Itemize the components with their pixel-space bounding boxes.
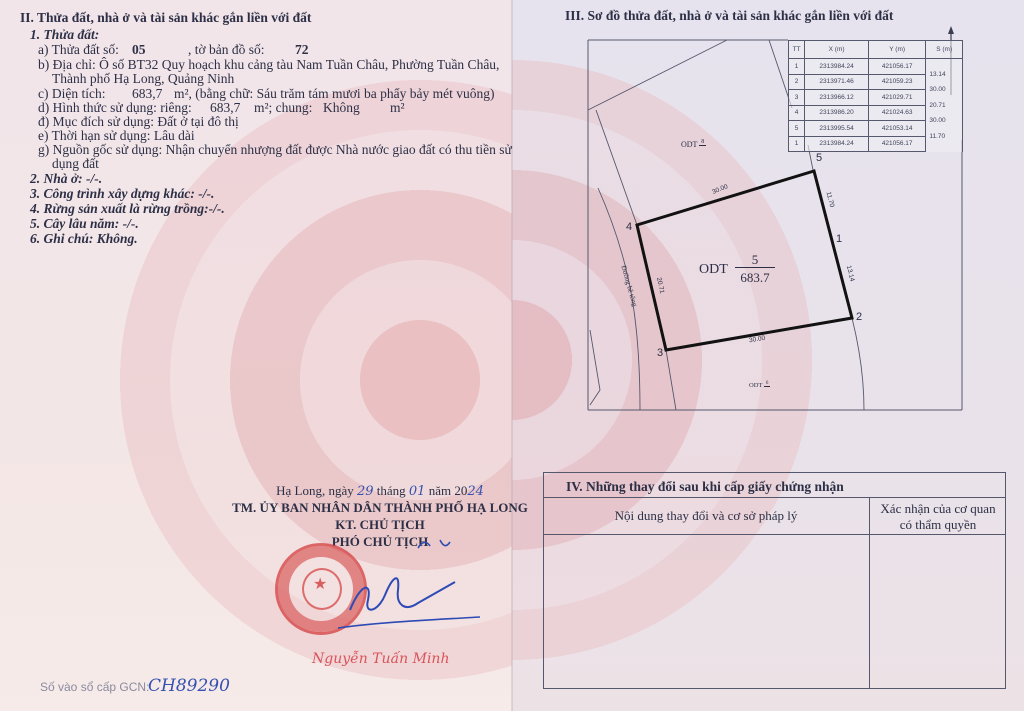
neighbor-north: ODT 8 [681,139,706,149]
col-y: Y (m) [869,41,926,59]
parcel-land-code: ODT [699,262,728,278]
cell-y: 421053.14 [869,121,926,137]
vertex-4-label: 4 [626,221,632,233]
parcel-number-diagram: 5 [735,252,775,268]
vertex-2-label: 2 [856,311,862,323]
table-row: 12313984.24421056.1713.14 [789,59,963,75]
cell-y: 421056.17 [869,59,926,75]
neighbor-north-no: 8 [699,139,706,146]
confirmation-header-line-1: Xác nhận của cơ quan [870,501,1006,517]
cell-y: 421056.17 [869,136,926,152]
cell-y: 421029.71 [869,90,926,106]
cell-x: 2313986.20 [805,105,869,121]
cell-x: 2313971.46 [805,74,869,90]
cell-y: 421059.23 [869,74,926,90]
neighbor-north-code: ODT [681,140,697,149]
cell-s: 11.70 [926,129,963,145]
cell-s: 20.71 [926,98,963,114]
cell-s: 30.00 [926,113,963,129]
neighbor-south: ODT 6 [749,381,770,389]
vertex-1-label: 1 [836,233,842,245]
gcn-register-number: CH89290 [148,676,230,696]
neighbor-south-no: 6 [764,381,771,387]
cell-s: 30.00 [926,82,963,98]
cell-tt: 4 [789,105,805,121]
coordinates-table: TT X (m) Y (m) S (m) 12313984.24421056.1… [788,40,963,152]
cell-tt: 2 [789,74,805,90]
parcel-area-diagram: 683.7 [735,270,775,286]
divider [543,497,1006,498]
vertex-3-label: 3 [657,347,663,359]
handwritten-signature [0,0,512,711]
confirmation-header-line-2: có thẩm quyền [870,517,1006,533]
divider [543,534,1006,535]
section-iv-title: IV. Những thay đổi sau khi cấp giấy chứn… [566,479,844,495]
cell-tt: 1 [789,59,805,75]
changes-content-header: Nội dung thay đổi và cơ sở pháp lý [543,508,869,524]
cell-s-empty [926,144,963,160]
cell-s: 13.14 [926,67,963,83]
col-tt: TT [789,41,805,59]
changes-confirmation-header: Xác nhận của cơ quan có thẩm quyền [870,501,1006,533]
cell-x: 2313984.24 [805,59,869,75]
cell-tt: 1 [789,136,805,152]
vertex-5-label: 5 [816,152,822,164]
cell-tt: 3 [789,90,805,106]
cell-tt: 5 [789,121,805,137]
signer-name: Nguyễn Tuấn Minh [312,651,449,667]
cell-x: 2313995.54 [805,121,869,137]
neighbor-south-code: ODT [749,382,762,389]
cell-x: 2313984.24 [805,136,869,152]
cell-y: 421024.63 [869,105,926,121]
col-x: X (m) [805,41,869,59]
col-s: S (m) [926,41,963,59]
cell-x: 2313966.12 [805,90,869,106]
gcn-register-label: Số vào sổ cấp GCN: [40,680,149,694]
